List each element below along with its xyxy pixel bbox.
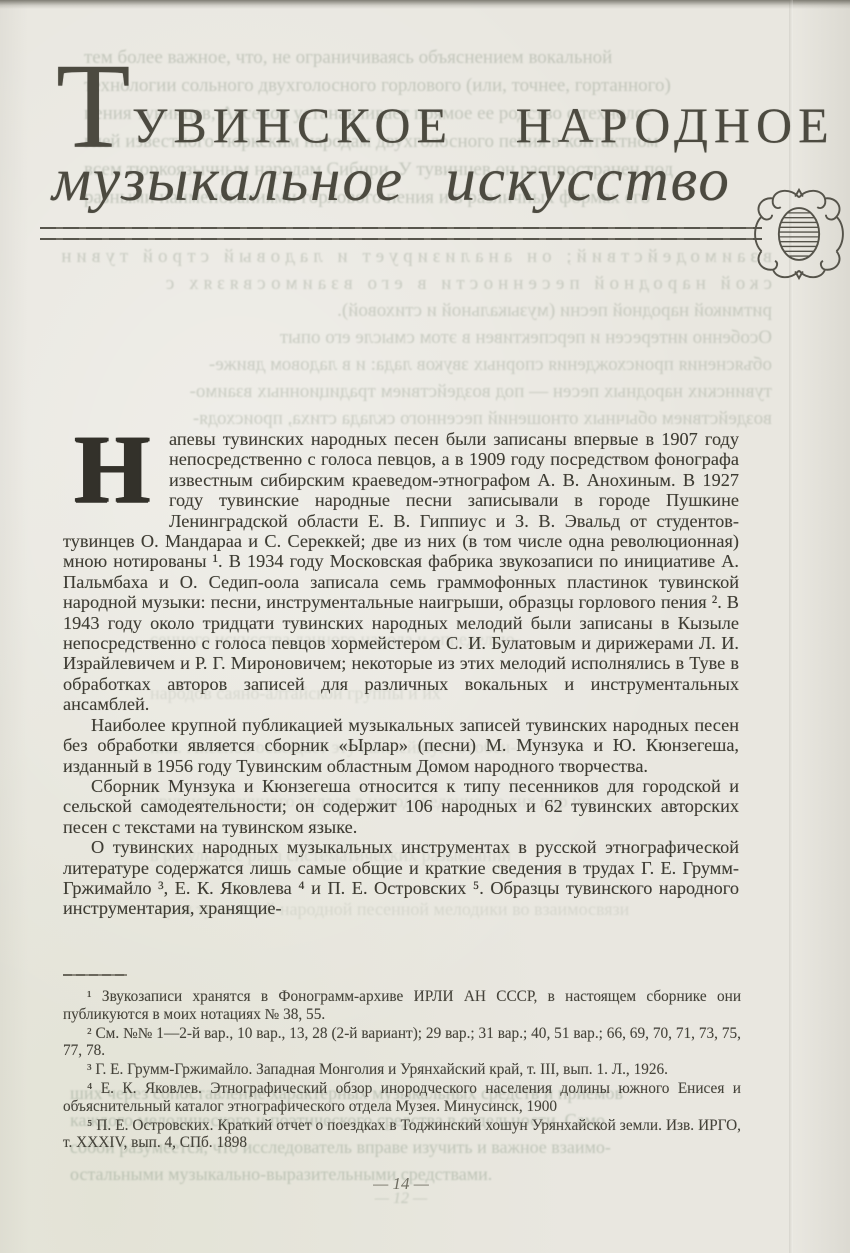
paragraph-1: Напевы тувинских народных песен были зап…	[63, 429, 739, 715]
drop-cap-initial: Н	[63, 432, 161, 512]
footnote-1: ¹ Звукозаписи хранятся в Фонограмм-архив…	[63, 988, 741, 1024]
footnote-separator-rule	[63, 974, 127, 976]
body-text: Напевы тувинских народных песен были зап…	[63, 429, 739, 919]
ghost-line: объяснения происхождения спорных звуков …	[60, 351, 772, 378]
page-number: — 14 —	[63, 1174, 739, 1194]
paragraph-3: Сборник Мунзука и Кюнзегеша относится к …	[63, 776, 739, 837]
ghost-line: ритмикой народной песни (музыкальной и с…	[60, 297, 772, 324]
chapter-title-line2: музыкальное искусство	[52, 150, 731, 211]
paragraph-1-text: апевы тувинских народных песен были запи…	[63, 429, 739, 714]
paragraph-2: Наиболее крупной публикацией музыкальных…	[63, 715, 739, 776]
horizontal-rule-top	[40, 227, 762, 229]
footnote-5: ⁵ П. Е. Островских. Краткий отчет о поез…	[63, 1117, 741, 1153]
ghost-line: ской народной песенности в его взаимосвя…	[60, 270, 772, 297]
ghost-line: Особенно интересен и перспективен в этом…	[60, 324, 772, 351]
footnote-2: ² См. №№ 1—2-й вар., 10 вар., 13, 28 (2-…	[63, 1025, 741, 1061]
book-page: тем более важное, что, не ограничиваясь …	[0, 0, 850, 1253]
footnote-3: ³ Г. Е. Грумм-Гржимайло. Западная Монгол…	[63, 1061, 741, 1079]
scroll-cartouche-ornament-icon	[751, 186, 847, 282]
bleedthrough-middle: взаимодействий; он анализирует и ладовый…	[60, 243, 772, 432]
ghost-line: технологии сольного двухголосного горлов…	[84, 72, 800, 100]
horizontal-rule-bottom	[40, 238, 762, 240]
chapter-title-line1: увинское народное	[132, 100, 835, 150]
ghost-line: взаимодействий; он анализирует и ладовый…	[60, 243, 772, 270]
scan-top-edge	[0, 0, 850, 9]
paragraph-4: О тувинских народных музыкальных инструм…	[63, 837, 739, 919]
ghost-line: воздействием обычных отношений песенного…	[60, 405, 772, 432]
footnote-4: ⁴ Е. К. Яковлев. Этнографический обзор и…	[63, 1080, 741, 1116]
ghost-line: тем более важное, что, не ограничиваясь …	[84, 44, 800, 72]
footnotes: ¹ Звукозаписи хранятся в Фонограмм-архив…	[63, 988, 741, 1153]
ghost-line: тувинских народных песен — под воздейств…	[60, 378, 772, 405]
